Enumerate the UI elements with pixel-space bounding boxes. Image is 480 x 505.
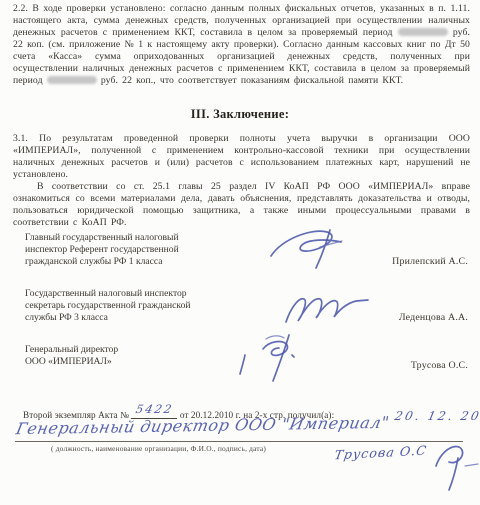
signatory-name: Леденцова А.А. — [399, 312, 468, 323]
paragraph-2-2: 2.2. В ходе проверки установлено: соглас… — [13, 3, 470, 87]
act-number-handwritten: 5422 — [135, 402, 175, 416]
redacted-amount-1 — [398, 28, 448, 36]
signatory-title: Государственный налоговый инспектор секр… — [25, 288, 265, 323]
signatory-title: Главный государственный налоговый инспек… — [25, 232, 265, 267]
signature-ledentsova — [280, 288, 375, 328]
handwritten-name-trusova: Трусова О.С — [333, 443, 428, 463]
signatory-name: Прилепский А.С. — [392, 256, 468, 267]
scanned-act-page: 2.2. В ходе проверки установлено: соглас… — [0, 0, 480, 505]
signatory-row-director: Генеральный директор ООО «ИМПЕРИАЛ» Трус… — [25, 344, 468, 400]
section-3-1: 3.1. По результатам проведенной проверки… — [13, 133, 470, 229]
paragraph-3-1-rights: В соответствии со ст. 25.1 главы 25 разд… — [13, 181, 470, 229]
signatory-title: Генеральный директор ООО «ИМПЕРИАЛ» — [25, 344, 265, 368]
paragraph-3-1: 3.1. По результатам проведенной проверки… — [13, 133, 470, 181]
receipt-block: Второй экземпляр Акта № 5422 от 20.12.20… — [23, 400, 475, 505]
redacted-amount-2 — [47, 76, 97, 84]
section-heading-conclusion: III. Заключение: — [0, 107, 480, 122]
signatory-name: Трусова О.С. — [411, 360, 468, 371]
signature-flourish-trusova — [428, 438, 480, 493]
signature-trusova — [230, 328, 310, 388]
section-2-2: 2.2. В ходе проверки установлено: соглас… — [13, 3, 470, 87]
signature-line-caption: ( должность, наименование организации, Ф… — [51, 444, 266, 453]
signatory-row-inspector-1: Главный государственный налоговый инспек… — [25, 232, 468, 288]
signature-line — [15, 441, 463, 442]
handwritten-date: 20. 12. 2010 — [394, 409, 480, 423]
signature-prilepsky — [267, 224, 377, 274]
paragraph-2-2-text-3: руб. 22 коп., что соответствует показани… — [101, 75, 403, 86]
